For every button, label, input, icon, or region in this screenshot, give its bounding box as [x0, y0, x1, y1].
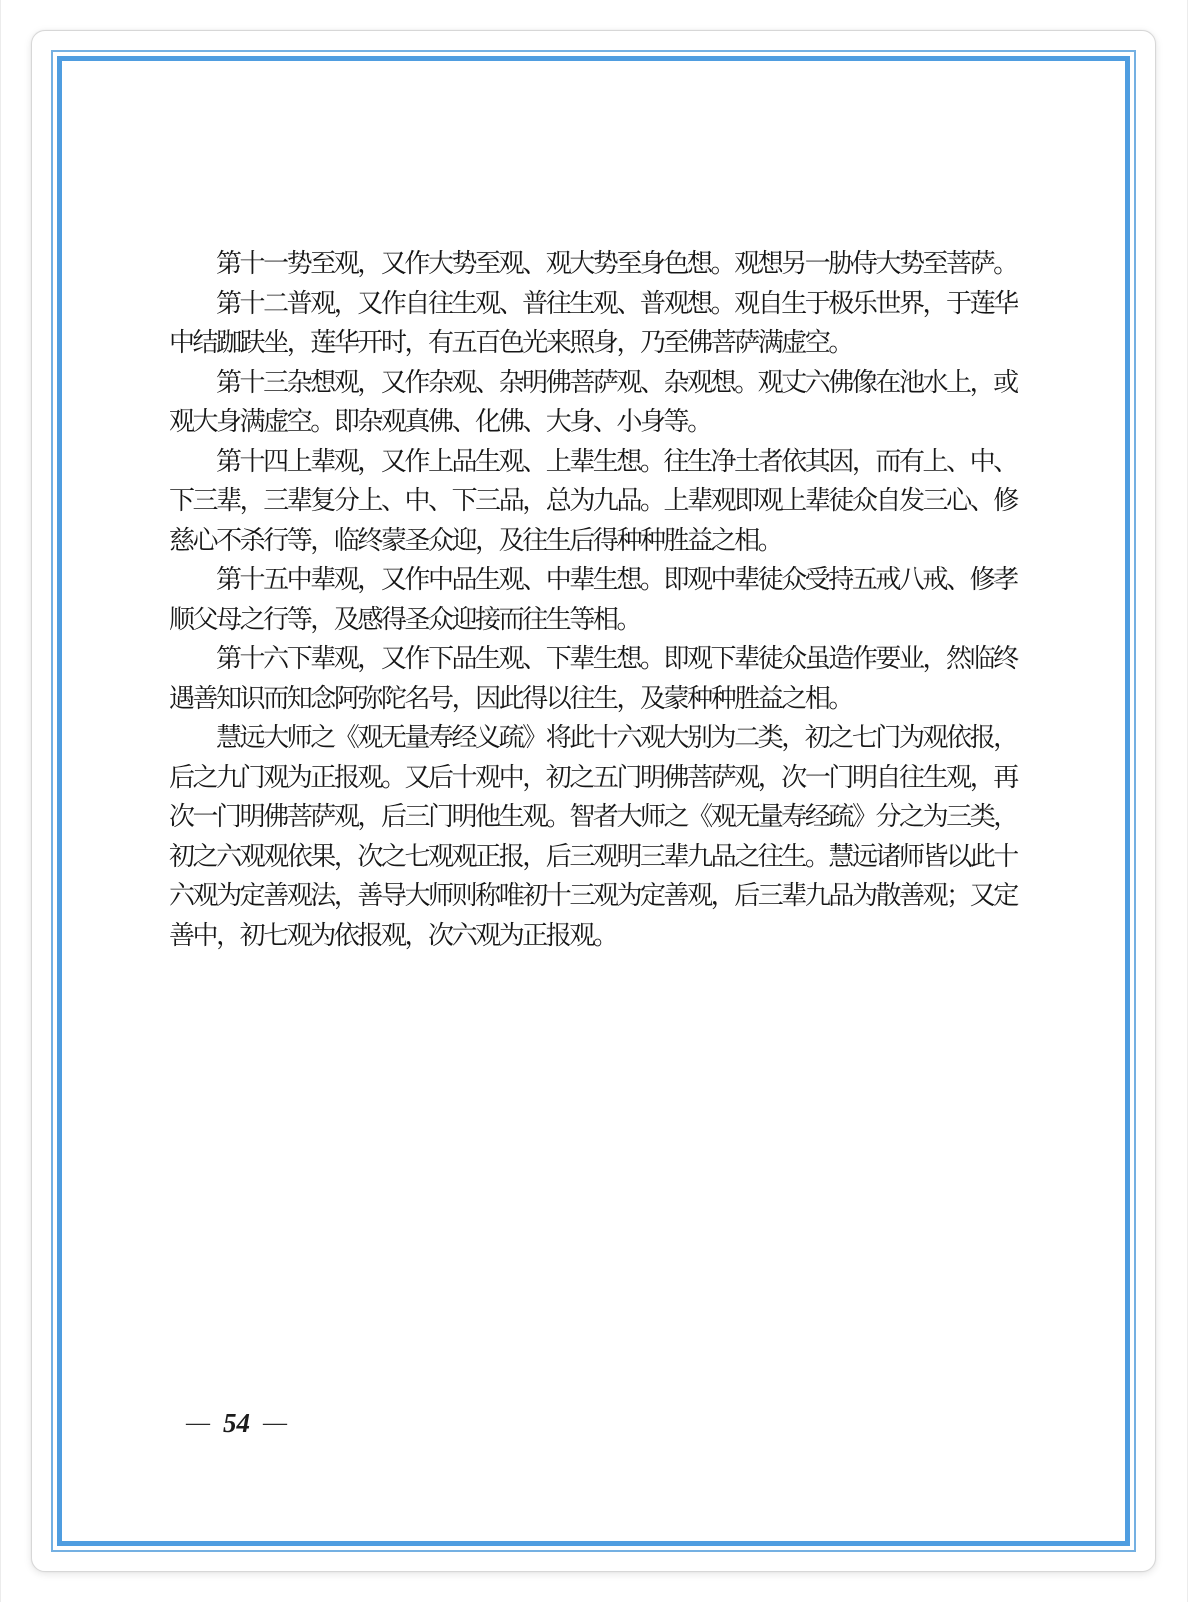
text-line: 第十四上辈观，又作上品生观、上辈生想。往生净土者依其因，而有上、中、	[169, 442, 1018, 482]
text-line: 第十五中辈观，又作中品生观、中辈生想。即观中辈徒众受持五戒八戒、修孝	[169, 560, 1018, 600]
page-number: 54	[223, 1408, 250, 1438]
text-line: 遇善知识而知念阿弥陀名号，因此得以往生，及蒙种种胜益之相。	[169, 679, 1018, 719]
text-line: 中结跏趺坐，莲华开时，有五百色光来照身，乃至佛菩萨满虚空。	[169, 323, 1018, 363]
book-page: 第十一势至观，又作大势至观、观大势至身色想。观想另一胁侍大势至菩萨。第十二普观，…	[31, 30, 1156, 1572]
text-line: 次一门明佛菩萨观，后三门明他生观。智者大师之《观无量寿经疏》分之为三类，	[169, 797, 1018, 837]
page-footer: — 54 —	[186, 1408, 287, 1438]
text-line: 初之六观观依果，次之七观观正报，后三观明三辈九品之往生。慧远诸师皆以此十	[169, 837, 1018, 877]
text-line: 第十二普观，又作自往生观、普往生观、普观想。观自生于极乐世界，于莲华	[169, 284, 1018, 324]
screen: { "colors": { "frame_thin_blue": "#74b0e…	[0, 0, 1188, 1602]
text-block: 第十一势至观，又作大势至观、观大势至身色想。观想另一胁侍大势至菩萨。第十二普观，…	[169, 244, 1018, 955]
footer-dash-right: —	[263, 1408, 287, 1438]
text-line: 下三辈，三辈复分上、中、下三品，总为九品。上辈观即观上辈徒众自发三心、修	[169, 481, 1018, 521]
text-line: 善中，初七观为依报观，次六观为正报观。	[169, 916, 1018, 956]
text-line: 六观为定善观法，善导大师则称唯初十三观为定善观，后三辈九品为散善观；又定	[169, 876, 1018, 916]
text-line: 第十一势至观，又作大势至观、观大势至身色想。观想另一胁侍大势至菩萨。	[169, 244, 1018, 284]
text-line: 后之九门观为正报观。又后十观中，初之五门明佛菩萨观，次一门明自往生观，再	[169, 758, 1018, 798]
text-line: 慧远大师之《观无量寿经义疏》将此十六观大别为二类，初之七门为观依报，	[169, 718, 1018, 758]
text-line: 慈心不杀行等，临终蒙圣众迎，及往生后得种种胜益之相。	[169, 521, 1018, 561]
text-line: 第十三杂想观，又作杂观、杂明佛菩萨观、杂观想。观丈六佛像在池水上，或	[169, 363, 1018, 403]
text-line: 顺父母之行等，及感得圣众迎接而往生等相。	[169, 600, 1018, 640]
text-line: 观大身满虚空。即杂观真佛、化佛、大身、小身等。	[169, 402, 1018, 442]
outer-blue-frame: 第十一势至观，又作大势至观、观大势至身色想。观想另一胁侍大势至菩萨。第十二普观，…	[51, 50, 1136, 1552]
inner-blue-frame: 第十一势至观，又作大势至观、观大势至身色想。观想另一胁侍大势至菩萨。第十二普观，…	[57, 56, 1130, 1546]
footer-dash-left: —	[186, 1408, 210, 1438]
text-line: 第十六下辈观，又作下品生观、下辈生想。即观下辈徒众虽造作要业，然临终	[169, 639, 1018, 679]
